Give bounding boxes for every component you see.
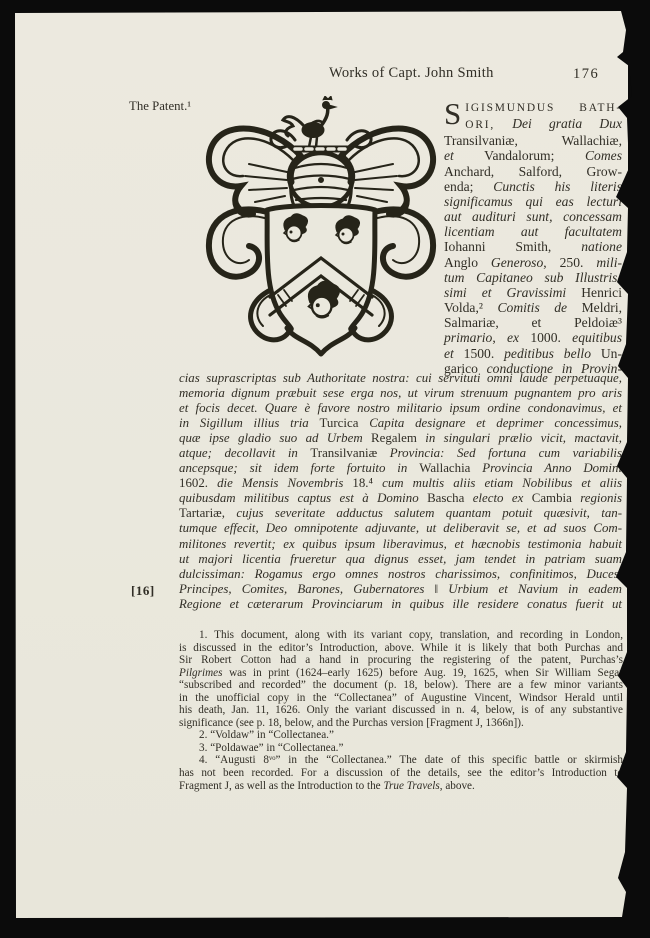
text-segment: quibusdam militibus captus est à Domino xyxy=(179,491,427,505)
text-line: significamus qui eas lecturi xyxy=(444,194,622,209)
page-number: 176 xyxy=(573,66,599,83)
text-segment: was in print (1624–early 1625) before Au… xyxy=(223,667,623,679)
text-segment: has not been recorded. For a discussion … xyxy=(179,767,623,779)
drop-cap: S xyxy=(444,100,461,130)
text-segment: Sir Robert Cotton had a hand in procurin… xyxy=(179,654,623,666)
text-line: simi et Gravissimi Henrici xyxy=(444,285,622,300)
text-line: in the unofficial copy in the “Collectan… xyxy=(179,692,623,705)
text-segment: Regalem xyxy=(371,431,417,445)
text-segment: militones revertit; ex quibus ipsum libe… xyxy=(179,537,622,551)
footnotes-section: 1. This document, along with its variant… xyxy=(179,629,623,792)
text-line: licentiam aut facultatem xyxy=(444,224,622,239)
text-line: his death, Jan. 11, 1626. Only the varia… xyxy=(179,704,623,717)
text-line: memoria dignum præbuit sese erga nos, ut… xyxy=(179,386,622,401)
running-header-title: Works of Capt. John Smith xyxy=(329,65,494,82)
text-line: Pilgrimes was in print (1624–early 1625)… xyxy=(179,667,623,680)
text-segment: Un- xyxy=(591,346,622,361)
text-segment: natione xyxy=(581,239,622,254)
text-line: significance (see p. 18, below, and the … xyxy=(179,717,623,730)
text-segment: cujus severitate adductus salutem quanta… xyxy=(236,506,622,520)
text-segment: his death, Jan. 11, 1626. Only the varia… xyxy=(179,704,623,716)
text-segment: , above. xyxy=(440,780,475,792)
text-segment: Henrici xyxy=(581,285,622,300)
text-segment: Generoso xyxy=(491,255,543,270)
text-segment: 1. This document, along with its variant… xyxy=(199,629,623,641)
text-line: cias suprascriptas sub Authoritate nostr… xyxy=(179,371,622,386)
text-segment: memoria dignum præbuit sese erga nos, ut… xyxy=(179,386,622,400)
text-segment: dulcissiman: Rogamus ergo omnes nostros … xyxy=(179,567,622,581)
text-segment: cum multis aliis etiam Nobilibus et alii… xyxy=(382,476,622,490)
text-segment: Cambia xyxy=(532,491,572,505)
text-segment: Anglo xyxy=(444,255,491,270)
text-line: Anchard, Salford, Grow- xyxy=(444,164,622,179)
text-segment: Transilvaniæ xyxy=(310,446,377,460)
text-segment: et xyxy=(444,346,454,361)
proclamation-column: SIGISMUNDUS BATH-ORI, Dei gratia DuxTran… xyxy=(444,99,622,376)
text-segment: Pilgrimes xyxy=(179,667,223,679)
text-line: quæ ipse gladio suo ad Urbem Regalem in … xyxy=(179,431,622,446)
text-segment xyxy=(495,116,512,131)
text-segment: in Sigillum illius tria xyxy=(179,416,320,430)
text-line: 1. This document, along with its variant… xyxy=(179,629,623,642)
text-segment: ORI, xyxy=(465,119,495,131)
text-segment: Bascha xyxy=(427,491,464,505)
text-line: enda; Cunctis his literis xyxy=(444,179,622,194)
text-segment: tum Capitaneo sub Illustris- xyxy=(444,270,622,285)
text-segment: Provincia Anno Domini xyxy=(470,461,622,475)
text-segment: Iohanni Smith, xyxy=(444,239,581,254)
text-segment: 2. “Voldaw” in “Collectanea.” xyxy=(199,729,334,741)
text-line: 4. “Augusti 8ᵛᵒ” in the “Collectanea.” T… xyxy=(179,754,623,767)
text-segment: Cunctis his literis xyxy=(493,179,622,194)
text-line: Tartariæ, cujus severitate adductus salu… xyxy=(179,506,622,521)
text-segment: Wallachia xyxy=(419,461,470,475)
text-segment: atque; decollavit in xyxy=(179,446,310,460)
text-line: et 1500. peditibus bello Un- xyxy=(444,346,622,361)
mantling-and-crest xyxy=(209,96,433,354)
text-line: 3. “Poldawae” in “Collectanea.” xyxy=(179,742,623,755)
text-line: Anglo Generoso, 250. mili- xyxy=(444,255,622,270)
text-line: quibusdam militibus captus est à Domino … xyxy=(179,491,622,506)
coat-of-arms-woodcut xyxy=(183,96,453,364)
scanned-book-page: Works of Capt. John Smith 176 The Patent… xyxy=(0,0,650,938)
text-segment: enda; xyxy=(444,179,493,194)
text-segment: Tartariæ, xyxy=(179,506,236,520)
text-line: in Sigillum illius tria Turcica Capita d… xyxy=(179,416,622,431)
text-line: atque; decollavit in Transilvaniæ Provin… xyxy=(179,446,622,461)
text-segment: et focis decet. Quare è favore nostro mi… xyxy=(179,401,622,415)
margin-note-the-patent: The Patent.¹ xyxy=(129,99,191,114)
text-segment: Principes, Comites, Barones, Gubernatore… xyxy=(179,582,622,596)
text-segment: Dei gratia Dux xyxy=(512,116,622,131)
text-segment: aut audituri sunt, concessam xyxy=(444,209,622,224)
text-segment: 4. “Augusti 8ᵛᵒ” in the “Collectanea.” T… xyxy=(199,754,623,766)
text-segment: IGISMUNDUS BATH- xyxy=(465,102,622,114)
folio-marker-16: [16] xyxy=(131,583,155,599)
text-line: 2. “Voldaw” in “Collectanea.” xyxy=(179,729,623,742)
text-segment: electo ex xyxy=(464,491,531,505)
text-segment: ut majori licentia frueretur qua dignus … xyxy=(179,552,622,566)
shield xyxy=(267,206,375,355)
text-segment: 1602. xyxy=(179,476,217,490)
text-segment: ex xyxy=(507,330,519,345)
text-segment: Capita designare et deprimer concessimus… xyxy=(369,416,622,430)
text-segment: , 250. xyxy=(543,255,596,270)
text-line: aut audituri sunt, concessam xyxy=(444,209,622,224)
text-segment: 1000. xyxy=(519,330,572,345)
text-line: Fragment J, as well as the Introduction … xyxy=(179,780,623,793)
text-segment: Salmariæ, et Peldoiæ³ xyxy=(444,315,622,330)
text-segment: significamus qui eas lecturi xyxy=(444,194,622,209)
text-line: 1602. die Mensis Novembris 18.⁴ cum mult… xyxy=(179,476,622,491)
text-line: Iohanni Smith, natione xyxy=(444,239,622,254)
text-segment: significance (see p. 18, below, and the … xyxy=(179,717,524,729)
text-segment: Provincia: Sed fortuna cum variabilis xyxy=(377,446,622,460)
text-line: et focis decet. Quare è favore nostro mi… xyxy=(179,401,622,416)
text-segment: in singulari prælio vicit, mactavit, xyxy=(417,431,622,445)
text-segment: Fragment J, as well as the Introduction … xyxy=(179,780,383,792)
text-segment: 1500. xyxy=(454,346,504,361)
text-line: primario, ex 1000. equitibus xyxy=(444,330,622,345)
text-line: Transilvaniæ, Wallachiæ, xyxy=(444,133,622,148)
text-segment: die Mensis Novembris xyxy=(217,476,343,490)
helmet xyxy=(290,153,352,207)
text-segment: simi et Gravissimi xyxy=(444,285,581,300)
text-segment: Comitis de xyxy=(497,300,581,315)
text-segment: regionis xyxy=(572,491,622,505)
text-segment: cias suprascriptas sub Authoritate nostr… xyxy=(179,371,622,385)
text-segment: quæ ipse gladio suo ad Urbem xyxy=(179,431,371,445)
text-segment: is discussed in the editor’s Introductio… xyxy=(179,642,623,654)
text-segment: True Travels xyxy=(383,780,439,792)
text-segment: Anchard, Salford, Grow- xyxy=(444,164,622,179)
text-segment: 3. “Poldawae” in “Collectanea.” xyxy=(199,742,343,754)
text-line: ancepsque; sit idem forte fortuito in Wa… xyxy=(179,461,622,476)
text-line: militones revertit; ex quibus ipsum libe… xyxy=(179,537,622,552)
text-segment: Vandalorum; xyxy=(454,148,585,163)
text-segment: 18.⁴ xyxy=(343,476,382,490)
text-line: dulcissiman: Rogamus ergo omnes nostros … xyxy=(179,567,622,582)
proclamation-body: cias suprascriptas sub Authoritate nostr… xyxy=(179,371,622,612)
text-segment: et xyxy=(444,148,454,163)
text-line: ut majori licentia frueretur qua dignus … xyxy=(179,552,622,567)
text-segment: Transilvaniæ, Wallachiæ, xyxy=(444,133,622,148)
text-segment: tumque effecit, Deo omnipotente adjuvant… xyxy=(179,521,622,535)
text-line: Principes, Comites, Barones, Gubernatore… xyxy=(179,582,622,597)
text-segment: mili- xyxy=(596,255,622,270)
text-segment: Regione et cæterarum Provinciarum in qui… xyxy=(179,597,622,611)
text-segment: Volda,² xyxy=(444,300,497,315)
text-segment: equitibus xyxy=(572,330,622,345)
text-segment: primario xyxy=(444,330,492,345)
crest-bird xyxy=(283,96,336,147)
text-line: et Vandalorum; Comes xyxy=(444,148,622,163)
text-line: ORI, Dei gratia Dux xyxy=(444,116,622,133)
text-line: tumque effecit, Deo omnipotente adjuvant… xyxy=(179,521,622,536)
text-segment: ancepsque; sit idem forte fortuito in xyxy=(179,461,419,475)
text-segment: Comes xyxy=(585,148,622,163)
text-segment: in the unofficial copy in the “Collectan… xyxy=(179,692,623,704)
text-line: tum Capitaneo sub Illustris- xyxy=(444,270,622,285)
text-line: SIGISMUNDUS BATH- xyxy=(444,99,622,116)
text-line: has not been recorded. For a discussion … xyxy=(179,767,623,780)
text-segment: licentiam aut facultatem xyxy=(444,224,622,239)
text-segment: “subscribed and recorded” the document (… xyxy=(179,679,623,691)
text-line: Sir Robert Cotton had a hand in procurin… xyxy=(179,654,623,667)
text-segment: Turcica xyxy=(320,416,370,430)
text-line: Salmariæ, et Peldoiæ³ xyxy=(444,315,622,330)
text-segment: peditibus bello xyxy=(504,346,591,361)
text-line: Volda,² Comitis de Meldri, xyxy=(444,300,622,315)
text-segment: Meldri, xyxy=(582,300,622,315)
text-line: is discussed in the editor’s Introductio… xyxy=(179,642,623,655)
text-segment: , xyxy=(492,330,507,345)
text-line: “subscribed and recorded” the document (… xyxy=(179,679,623,692)
text-line: Regione et cæterarum Provinciarum in qui… xyxy=(179,597,622,612)
